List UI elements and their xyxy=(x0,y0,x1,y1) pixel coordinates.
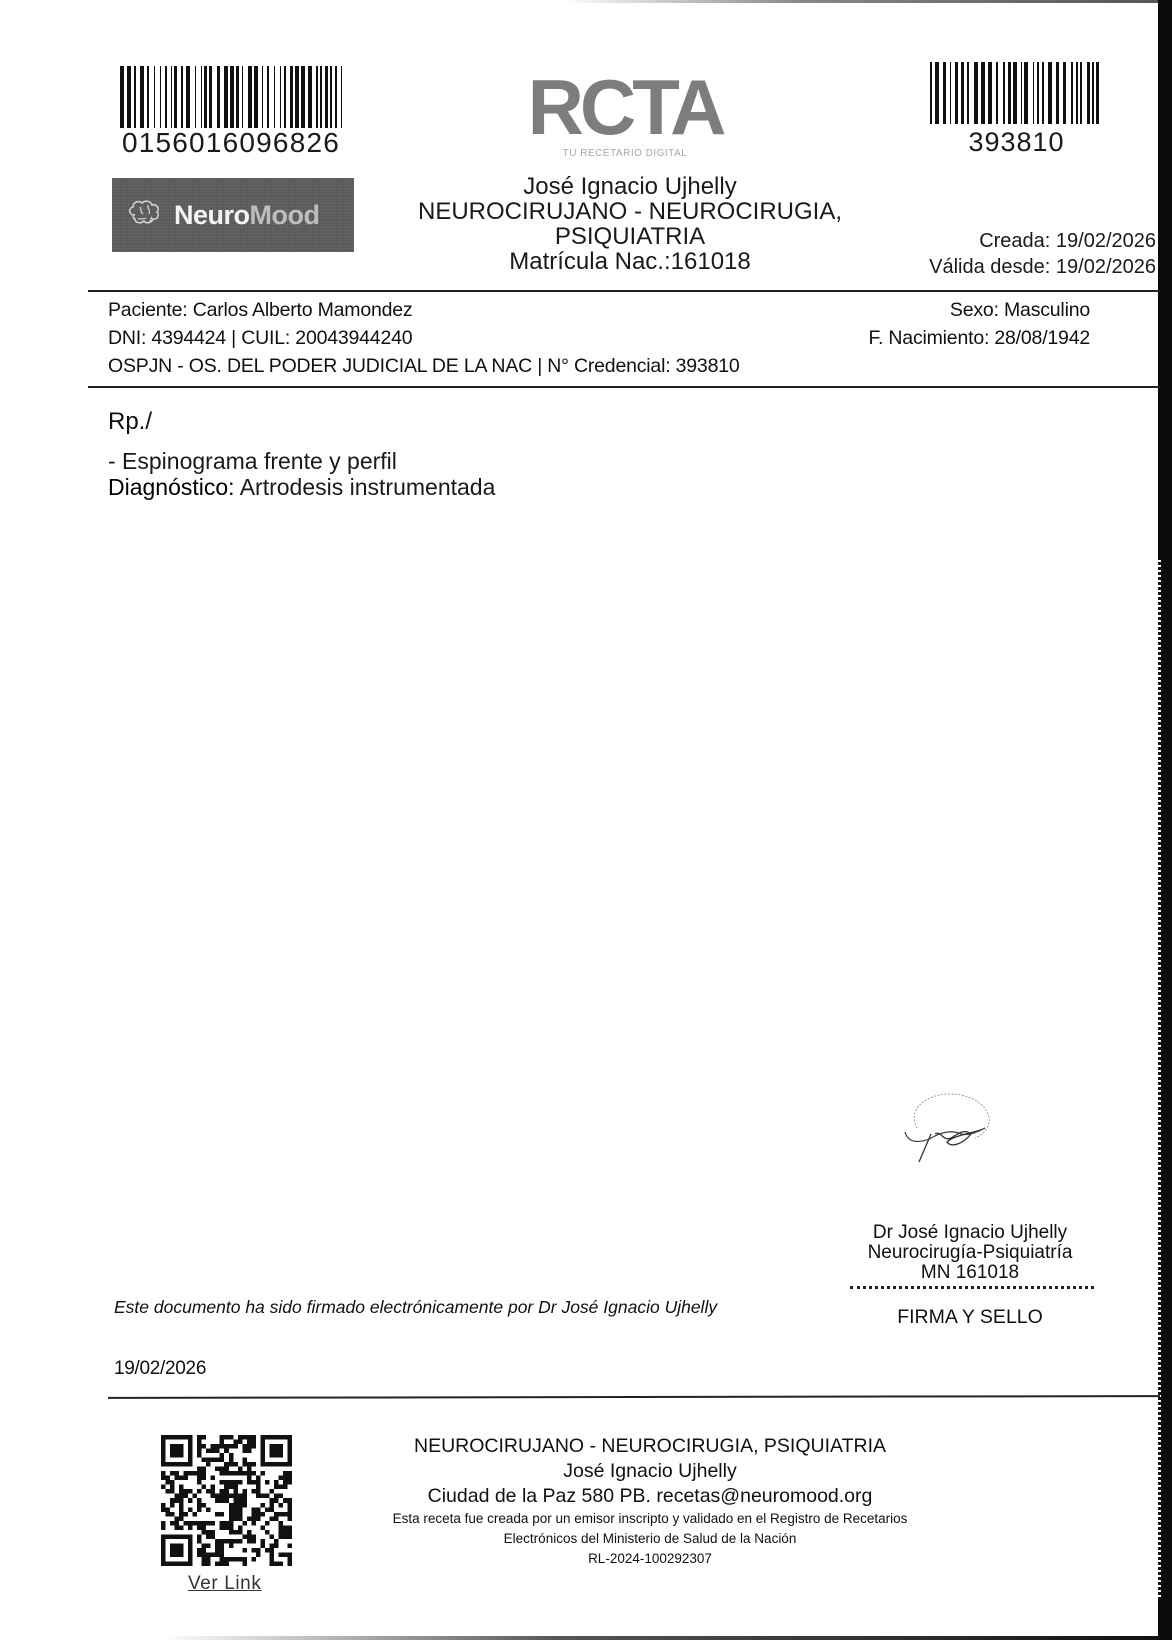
footer-registry-line2: Electrónicos del Ministerio de Salud de … xyxy=(330,1529,970,1549)
patient-name: Paciente: Carlos Alberto Mamondez xyxy=(108,296,740,324)
scan-edge-bottom xyxy=(160,1636,1160,1640)
signature-line xyxy=(850,1286,1094,1289)
doctor-specialty-line1: NEUROCIRUJANO - NEUROCIRUGIA, xyxy=(370,199,890,224)
footer-doctor-name: José Ignacio Ujhelly xyxy=(330,1459,970,1484)
patient-insurance: OSPJN - OS. DEL PODER JUDICIAL DE LA NAC… xyxy=(108,352,740,380)
doctor-license: Matrícula Nac.:161018 xyxy=(370,249,890,274)
prescription-dates: Creada: 19/02/2026 Válida desde: 19/02/2… xyxy=(929,228,1156,280)
brain-icon xyxy=(126,199,166,231)
divider xyxy=(88,386,1160,388)
scan-edge-dashes xyxy=(1158,560,1161,1600)
signatory-specialty: Neurocirugía-Psiquiatría xyxy=(840,1243,1100,1263)
brand-neuro: Neuro xyxy=(174,200,250,231)
ver-link[interactable]: Ver Link xyxy=(188,1573,261,1595)
patient-birth-date: F. Nacimiento: 28/08/1942 xyxy=(868,324,1090,352)
rp-heading: Rp./ xyxy=(108,408,152,436)
signature-date: 19/02/2026 xyxy=(114,1358,206,1380)
doctor-name: José Ignacio Ujhelly xyxy=(370,174,890,199)
signature-label: FIRMA Y SELLO xyxy=(840,1306,1100,1329)
valid-from-date: Válida desde: 19/02/2026 xyxy=(929,254,1156,280)
electronic-signature-note: Este documento ha sido firmado electróni… xyxy=(114,1296,754,1319)
footer-registry-line1: Esta receta fue creada por un emisor ins… xyxy=(330,1509,970,1529)
patient-ids: DNI: 4394424 | CUIL: 20043944240 xyxy=(108,324,740,352)
credential-barcode-number: 393810 xyxy=(930,127,1103,158)
patient-sex: Sexo: Masculino xyxy=(868,296,1090,324)
doctor-header: José Ignacio Ujhelly NEUROCIRUJANO - NEU… xyxy=(370,174,890,274)
divider xyxy=(88,290,1160,292)
divider xyxy=(108,1395,1160,1399)
footer-specialty: NEUROCIRUJANO - NEUROCIRUGIA, PSIQUIATRI… xyxy=(330,1434,970,1459)
patient-info-right: Sexo: Masculino F. Nacimiento: 28/08/194… xyxy=(868,296,1090,352)
brand-mood: Mood xyxy=(250,200,320,231)
prescription-barcode xyxy=(120,66,342,128)
neuromood-logo: NeuroMood xyxy=(112,178,354,252)
diagnosis-label: Diagnóstico: xyxy=(108,474,235,500)
signatory: Dr José Ignacio Ujhelly Neurocirugía-Psi… xyxy=(840,1223,1100,1283)
signatory-name: Dr José Ignacio Ujhelly xyxy=(840,1223,1100,1243)
rcta-logo: RCTA xyxy=(520,72,730,142)
footer-address: Ciudad de la Paz 580 PB. recetas@neuromo… xyxy=(330,1484,970,1509)
qr-code[interactable] xyxy=(161,1435,292,1566)
rcta-tagline: TU RECETARIO DIGITAL xyxy=(520,148,730,159)
prescription-barcode-number: 0156016096826 xyxy=(118,127,344,159)
diagnosis: Diagnóstico: Artrodesis instrumentada xyxy=(108,474,495,500)
credential-barcode xyxy=(930,62,1103,124)
scan-edge-top xyxy=(560,0,1160,3)
created-date: Creada: 19/02/2026 xyxy=(929,228,1156,254)
footer-info: NEUROCIRUJANO - NEUROCIRUGIA, PSIQUIATRI… xyxy=(330,1434,970,1569)
doctor-specialty-line2: PSIQUIATRIA xyxy=(370,224,890,249)
diagnosis-value: Artrodesis instrumentada xyxy=(235,474,496,500)
patient-info: Paciente: Carlos Alberto Mamondez DNI: 4… xyxy=(108,296,740,380)
footer-registry-code: RL-2024-100292307 xyxy=(330,1549,970,1569)
prescription-item: - Espinograma frente y perfil xyxy=(108,448,397,474)
signatory-license: MN 161018 xyxy=(840,1263,1100,1283)
signature-scribble xyxy=(895,1090,1015,1180)
